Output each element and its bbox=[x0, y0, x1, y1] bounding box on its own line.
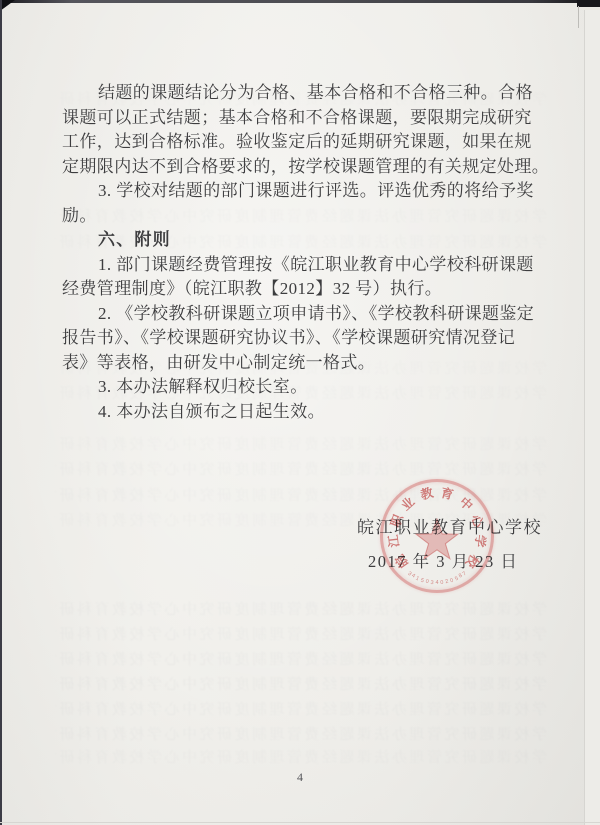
seal-serial-digit: 2 bbox=[443, 578, 450, 586]
doc-line: 经费管理制度》（皖江职教【2012】32 号）执行。 bbox=[62, 277, 548, 302]
doc-line: 表》等表格，由研发中心制定统一格式。 bbox=[62, 351, 548, 376]
ghost-text-row: 学校课题研究管理办法课题经费管理制度研究中心学校教育科研课题立项申请评审鉴定结题… bbox=[55, 484, 547, 503]
ghost-text-row: 学校课题研究管理办法课题经费管理制度研究中心学校教育科研课题立项申请评审鉴定结题… bbox=[55, 698, 547, 717]
section-heading: 六、附则 bbox=[62, 228, 548, 253]
doc-line: 课题可以正式结题；基本合格和不合格课题，要限期完成研究 bbox=[62, 106, 548, 131]
seal-serial-digit: 1 bbox=[413, 575, 421, 584]
seal-serial-digit: 0 bbox=[448, 577, 456, 586]
scan-strip-right bbox=[585, 10, 600, 825]
page-edge-right bbox=[584, 10, 585, 825]
scan-edge-line-top-right bbox=[578, 6, 579, 28]
doc-line: 报告书》、《学校课题研究协议书》、《学校课题研究情况登记 bbox=[62, 326, 548, 351]
document-body: 结题的课题结论分为合格、基本合格和不合格三种。合格 课题可以正式结题；基本合格和… bbox=[62, 81, 548, 424]
scan-edge-bottom bbox=[0, 822, 600, 823]
page-number: 4 bbox=[0, 770, 600, 785]
seal-serial-digit: 0 bbox=[423, 578, 430, 586]
seal-arc-char: 教 bbox=[417, 485, 436, 504]
doc-line: 结题的课题结论分为合格、基本合格和不合格三种。合格 bbox=[62, 81, 548, 106]
ghost-text-row: 学校课题研究管理办法课题经费管理制度研究中心学校教育科研课题立项申请评审鉴定结题… bbox=[55, 598, 547, 617]
seal-arc-char: 育 bbox=[438, 485, 457, 504]
seal-serial-digit: 5 bbox=[418, 577, 426, 586]
doc-line: 3. 本办法解释权归校长室。 bbox=[62, 375, 548, 400]
doc-line: 2. 《学校教科研课题立项申请书》、《学校教科研课题鉴定 bbox=[62, 302, 548, 327]
seal-serial-digit: 4 bbox=[409, 572, 418, 581]
seal-serial-digit: 8 bbox=[457, 572, 466, 581]
scan-edge-top bbox=[0, 0, 600, 3]
doc-line: 励。 bbox=[62, 204, 548, 229]
signature-date: 2017 年 3 月 23 日 bbox=[368, 548, 518, 572]
scan-edge-left bbox=[0, 0, 2, 825]
ghost-text-row: 学校课题研究管理办法课题经费管理制度研究中心学校教育科研课题立项申请评审鉴定结题… bbox=[55, 673, 547, 692]
signature-school: 皖江职业教育中心学校 bbox=[357, 513, 542, 538]
ghost-text-row: 学校课题研究管理办法课题经费管理制度研究中心学校教育科研课题立项申请评审鉴定结题… bbox=[55, 648, 547, 667]
ghost-text-row: 学校课题研究管理办法课题经费管理制度研究中心学校教育科研课题立项申请评审鉴定结题… bbox=[55, 433, 547, 452]
doc-line: 工作，达到合格标准。验收鉴定后的延期研究课题，如果在规 bbox=[62, 130, 548, 155]
doc-line: 3. 学校对结题的部门课题进行评选。评选优秀的将给予奖 bbox=[62, 179, 548, 204]
seal-serial-digit: 3 bbox=[429, 579, 436, 587]
ghost-text-row: 学校课题研究管理办法课题经费管理制度研究中心学校教育科研课题立项申请评审鉴定结题… bbox=[55, 746, 547, 765]
seal-serial-digit: 5 bbox=[452, 575, 460, 584]
seal-arc-char: 中 bbox=[454, 493, 477, 516]
scan-corner-top-right bbox=[577, 0, 600, 7]
seal-serial-digit: 4 bbox=[434, 580, 440, 587]
scan-corner-top-left bbox=[0, 0, 15, 11]
ghost-text-row: 学校课题研究管理办法课题经费管理制度研究中心学校教育科研课题立项申请评审鉴定结题… bbox=[55, 458, 547, 477]
scanned-page: 学校课题研究管理办法课题经费管理制度研究中心学校教育科研课题立项申请评审鉴定结题… bbox=[0, 0, 600, 825]
ghost-text-row: 学校课题研究管理办法课题经费管理制度研究中心学校教育科研课题立项申请评审鉴定结题… bbox=[55, 623, 547, 642]
doc-line: 1. 部门课题经费管理按《皖江职业教育中心学校科研课题 bbox=[62, 253, 548, 278]
doc-line: 定期限内达不到合格要求的，按学校课题管理的有关规定处理。 bbox=[62, 155, 548, 180]
doc-line: 4. 本办法自颁布之日起生效。 bbox=[62, 400, 548, 425]
seal-arc-char: 业 bbox=[397, 493, 420, 516]
ghost-text-row: 学校课题研究管理办法课题经费管理制度研究中心学校教育科研课题立项申请评审鉴定结题… bbox=[55, 723, 547, 742]
seal-serial-digit: 0 bbox=[439, 579, 446, 587]
